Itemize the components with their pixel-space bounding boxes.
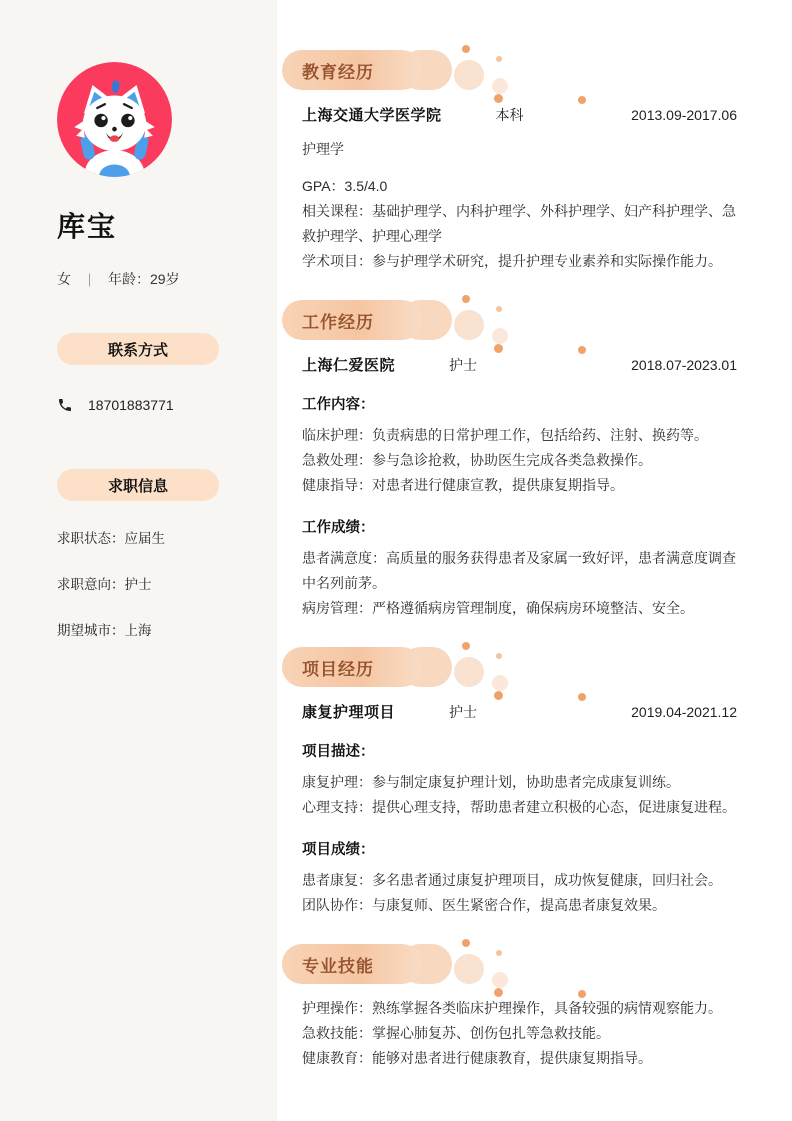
resume-section: 专业技能护理操作：熟练掌握各类临床护理操作，具备较强的病情观察能力。急救技能：掌… xyxy=(282,944,737,1071)
phone-number: 18701883771 xyxy=(88,397,174,413)
section-title-pill: 专业技能 xyxy=(282,944,422,984)
text-line: 健康教育：能够对患者进行健康教育，提供康复期指导。 xyxy=(302,1046,737,1071)
decorative-blob xyxy=(494,94,503,103)
decorative-blob xyxy=(454,954,484,984)
text-line: 急救技能：掌握心肺复苏、创伤包扎等急救技能。 xyxy=(302,1021,737,1046)
section-title-pill: 项目经历 xyxy=(282,647,422,687)
text-line: 病房管理：严格遵循病房管理制度，确保病房环境整洁、安全。 xyxy=(302,596,737,621)
text-line: 急救处理：参与急诊抢救，协助医生完成各类急救操作。 xyxy=(302,448,737,473)
basic-info-row: 女 ｜ 年龄：29岁 xyxy=(57,269,247,289)
decorative-blob xyxy=(492,78,508,94)
text-line: 临床护理：负责病患的日常护理工作，包括给药、注射、换药等。 xyxy=(302,423,737,448)
entry-date: 2019.04-2021.12 xyxy=(631,704,737,720)
block-text: GPA：3.5/4.0相关课程：基础护理学、内科护理学、外科护理学、妇产科护理学… xyxy=(302,174,737,274)
entry-row: 康复护理项目护士2019.04-2021.12 xyxy=(302,701,737,722)
decorative-blob xyxy=(492,328,508,344)
section-title-pill: 教育经历 xyxy=(282,50,422,90)
text-line: 学术项目：参与护理学术研究，提升护理专业素养和实际操作能力。 xyxy=(302,249,737,274)
decorative-blob xyxy=(492,972,508,988)
decorative-blob xyxy=(494,988,503,997)
section-title: 工作经历 xyxy=(302,308,374,333)
decorative-blob xyxy=(462,45,470,53)
entry-title: 康复护理项目 xyxy=(302,701,395,722)
text-line: 团队协作：与康复师、医生紧密合作，提高患者康复效果。 xyxy=(302,893,737,918)
text-line: 心理支持：提供心理支持，帮助患者建立积极的心态，促进康复进程。 xyxy=(302,795,737,820)
decorative-blob xyxy=(494,344,503,353)
section-header: 专业技能 xyxy=(282,944,737,984)
block-text: 护理操作：熟练掌握各类临床护理操作，具备较强的病情观察能力。急救技能：掌握心肺复… xyxy=(302,996,737,1071)
entry-role: 护士 xyxy=(449,355,477,375)
text-line: 健康指导：对患者进行健康宣教，提供康复期指导。 xyxy=(302,473,737,498)
section-header: 教育经历 xyxy=(282,50,737,90)
text-line: GPA：3.5/4.0 xyxy=(302,174,737,199)
decorative-blob xyxy=(578,990,586,998)
text-line: 康复护理：参与制定康复护理计划，协助患者完成康复训练。 xyxy=(302,770,737,795)
cat-mascot-icon xyxy=(57,62,172,177)
job-info-item: 求职状态：应届生 xyxy=(57,527,247,547)
block-text: 患者康复：多名患者通过康复护理项目，成功恢复健康，回归社会。团队协作：与康复师、… xyxy=(302,868,737,918)
job-info-list: 求职状态：应届生求职意向：护士期望城市：上海 xyxy=(57,527,247,639)
block-heading: 工作成绩： xyxy=(302,516,737,537)
gender-value: 女 xyxy=(57,269,71,289)
text-line: 相关课程：基础护理学、内科护理学、外科护理学、妇产科护理学、急救护理学、护理心理… xyxy=(302,199,737,249)
entry-row: 上海仁爱医院护士2018.07-2023.01 xyxy=(302,354,737,375)
sidebar: 库宝 女 ｜ 年龄：29岁 联系方式 18701883771 求职信息 求职状态… xyxy=(0,0,277,1121)
block-heading: 工作内容： xyxy=(302,393,737,414)
decorative-blob xyxy=(578,346,586,354)
entry-role: 护士 xyxy=(449,702,477,722)
block-text: 护理学 xyxy=(302,137,737,162)
job-info-item: 期望城市：上海 xyxy=(57,619,247,639)
decorative-blob xyxy=(496,56,502,62)
decorative-blob xyxy=(578,96,586,104)
decorative-blob xyxy=(496,306,502,312)
phone-row: 18701883771 xyxy=(57,397,247,413)
block-text: 康复护理：参与制定康复护理计划，协助患者完成康复训练。心理支持：提供心理支持，帮… xyxy=(302,770,737,820)
decorative-blob xyxy=(496,950,502,956)
separator-bar: ｜ xyxy=(83,270,96,289)
block-text: 临床护理：负责病患的日常护理工作，包括给药、注射、换药等。急救处理：参与急诊抢救… xyxy=(302,423,737,498)
main-content: 教育经历上海交通大学医学院本科2013.09-2017.06护理学GPA：3.5… xyxy=(282,50,737,1097)
text-line: 患者满意度：高质量的服务获得患者及家属一致好评，患者满意度调查中名列前茅。 xyxy=(302,546,737,596)
job-section-title: 求职信息 xyxy=(57,469,219,501)
decorative-blob xyxy=(494,691,503,700)
decorative-blob xyxy=(462,295,470,303)
decorative-blob xyxy=(462,642,470,650)
block-heading: 项目描述： xyxy=(302,740,737,761)
entry-date: 2018.07-2023.01 xyxy=(631,357,737,373)
decorative-blob xyxy=(496,653,502,659)
text-line: 患者康复：多名患者通过康复护理项目，成功恢复健康，回归社会。 xyxy=(302,868,737,893)
phone-icon xyxy=(57,397,73,413)
block-heading: 项目成绩： xyxy=(302,838,737,859)
entry-title: 上海仁爱医院 xyxy=(302,354,395,375)
contact-section-title: 联系方式 xyxy=(57,333,219,365)
resume-section: 教育经历上海交通大学医学院本科2013.09-2017.06护理学GPA：3.5… xyxy=(282,50,737,274)
resume-section: 工作经历上海仁爱医院护士2018.07-2023.01工作内容：临床护理：负责病… xyxy=(282,300,737,621)
section-title: 专业技能 xyxy=(302,952,374,977)
entry-role: 本科 xyxy=(496,105,524,125)
section-header: 工作经历 xyxy=(282,300,737,340)
candidate-name: 库宝 xyxy=(57,205,247,245)
resume-section: 项目经历康复护理项目护士2019.04-2021.12项目描述：康复护理：参与制… xyxy=(282,647,737,918)
entry-title: 上海交通大学医学院 xyxy=(302,104,442,125)
decorative-blob xyxy=(462,939,470,947)
block-text: 患者满意度：高质量的服务获得患者及家属一致好评，患者满意度调查中名列前茅。病房管… xyxy=(302,546,737,621)
text-line: 护理学 xyxy=(302,137,737,162)
decorative-blob xyxy=(454,60,484,90)
decorative-blob xyxy=(492,675,508,691)
age-value: 年龄：29岁 xyxy=(108,269,180,289)
text-line: 护理操作：熟练掌握各类临床护理操作，具备较强的病情观察能力。 xyxy=(302,996,737,1021)
section-title: 教育经历 xyxy=(302,58,374,83)
section-title-pill: 工作经历 xyxy=(282,300,422,340)
job-info-item: 求职意向：护士 xyxy=(57,573,247,593)
entry-row: 上海交通大学医学院本科2013.09-2017.06 xyxy=(302,104,737,125)
decorative-blob xyxy=(454,310,484,340)
avatar xyxy=(57,62,172,177)
section-header: 项目经历 xyxy=(282,647,737,687)
section-title: 项目经历 xyxy=(302,655,374,680)
entry-date: 2013.09-2017.06 xyxy=(631,107,737,123)
decorative-blob xyxy=(578,693,586,701)
decorative-blob xyxy=(454,657,484,687)
